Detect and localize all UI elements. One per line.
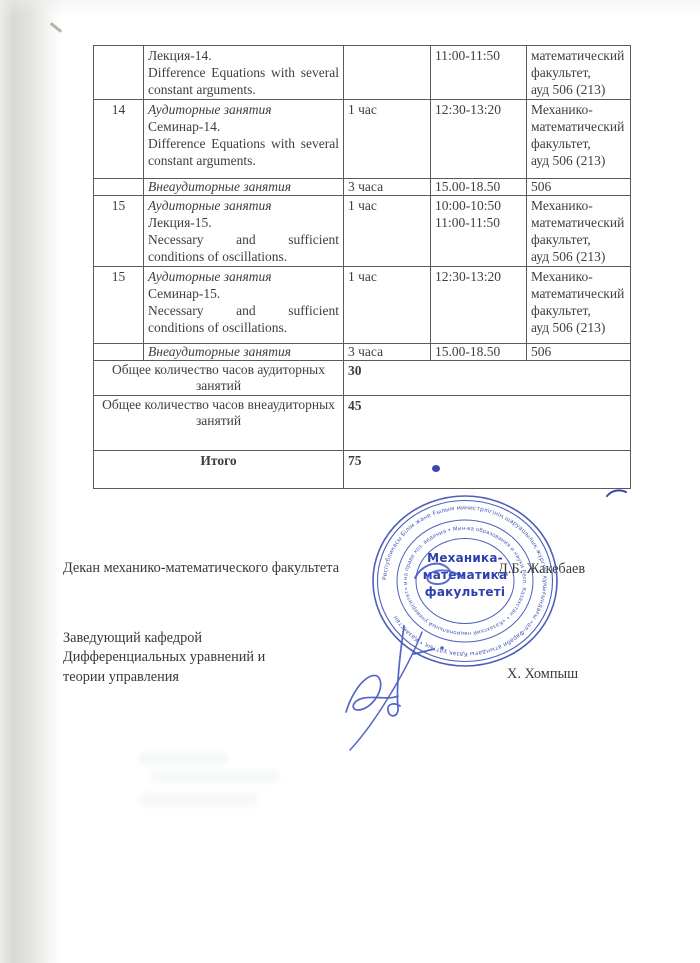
- table-cell-label: Общее количество часов внеаудиторныхзаня…: [94, 396, 344, 451]
- cell-line: Механико-: [531, 268, 626, 285]
- table-cell-topic: Внеаудиторные занятия: [144, 179, 344, 196]
- cell-line: 30: [348, 362, 626, 379]
- cell-line: Внеаудиторные занятия: [148, 345, 339, 360]
- cell-line: Общее количество часов аудиторных: [98, 362, 339, 378]
- table-row: Итого75: [94, 451, 631, 489]
- table-cell-time: 15.00-18.50: [431, 179, 527, 196]
- table-cell-num: 14: [94, 100, 144, 179]
- cell-line: ауд 506 (213): [531, 152, 626, 169]
- table-cell-loc: Механико-математическийфакультет,ауд 506…: [527, 196, 631, 267]
- scan-shadow-left: [0, 0, 62, 963]
- cell-line: 15.00-18.50: [435, 345, 522, 360]
- schedule-table: Лекция-14.Difference Equations with seve…: [93, 45, 631, 489]
- cell-line: Аудиторные занятия: [148, 101, 339, 118]
- table-row: Общее количество часов аудиторныхзанятий…: [94, 361, 631, 396]
- table-cell-topic: Аудиторные занятияСеминар-14.Difference …: [144, 100, 344, 179]
- cell-line: 1 час: [348, 268, 426, 285]
- table-cell-num: 15: [94, 267, 144, 344]
- table-cell-num: 15: [94, 196, 144, 267]
- cell-line: факультет,: [531, 135, 626, 152]
- cell-line: 506: [531, 345, 626, 360]
- cell-line: Аудиторные занятия: [148, 197, 339, 214]
- table-cell-val: 45: [344, 396, 631, 451]
- cell-line: занятий: [98, 378, 339, 394]
- cell-line: Итого: [98, 452, 339, 469]
- table-cell-hours: 1 час: [344, 267, 431, 344]
- cell-line: математический: [531, 47, 626, 64]
- cell-line: Внеаудиторные занятия: [148, 180, 339, 195]
- cell-line: Лекция-15.: [148, 214, 339, 231]
- cell-line: 10:00-10:50: [435, 197, 522, 214]
- cell-line: ауд 506 (213): [531, 319, 626, 336]
- smudge-2: [150, 770, 280, 783]
- cell-line: 75: [348, 452, 626, 469]
- table-cell-topic: Лекция-14.Difference Equations with seve…: [144, 46, 344, 100]
- cell-line: Аудиторные занятия: [148, 268, 339, 285]
- cell-line: ауд 506 (213): [531, 81, 626, 98]
- dean-role-label: Декан механико-математического факультет…: [63, 560, 339, 577]
- stamp-center-line-2: математика: [423, 568, 508, 582]
- table-cell-time: 10:00-10:5011:00-11:50: [431, 196, 527, 267]
- cell-line: Difference Equations with several consta…: [148, 135, 339, 169]
- cell-line: 15.00-18.50: [435, 180, 522, 195]
- table-cell-time: 12:30-13:20: [431, 267, 527, 344]
- department-head-role-line-2: Дифференциальных уравнений и: [63, 648, 265, 667]
- signature-stroke-hook: [388, 626, 404, 716]
- table-cell-topic: Аудиторные занятияСеминар-15.Necessary a…: [144, 267, 344, 344]
- table-cell-hours: [344, 46, 431, 100]
- ink-mark-stroke: [607, 490, 626, 496]
- table-cell-num: [94, 344, 144, 361]
- cell-line: 15: [98, 197, 139, 214]
- cell-line: Necessary and sufficient conditions of o…: [148, 231, 339, 265]
- table-cell-topic: Аудиторные занятияЛекция-15.Necessary an…: [144, 196, 344, 267]
- cell-line: Общее количество часов внеаудиторных: [98, 397, 339, 413]
- table-cell-hours: 3 часа: [344, 179, 431, 196]
- cell-line: ауд 506 (213): [531, 248, 626, 265]
- cell-line: 1 час: [348, 101, 426, 118]
- cell-line: Necessary and sufficient conditions of o…: [148, 302, 339, 336]
- cell-line: занятий: [98, 413, 339, 429]
- cell-line: 3 часа: [348, 345, 426, 360]
- table-cell-hours: 1 час: [344, 196, 431, 267]
- signature-main: [332, 616, 482, 766]
- cell-line: Difference Equations with several consta…: [148, 64, 339, 98]
- scan-shadow-top: [0, 0, 700, 16]
- table-cell-loc: 506: [527, 179, 631, 196]
- cell-line: 3 часа: [348, 180, 426, 195]
- cell-line: Лекция-14.: [148, 47, 339, 64]
- cell-line: математический: [531, 118, 626, 135]
- cell-line: 45: [348, 397, 626, 414]
- cell-line: 506: [531, 180, 626, 195]
- ink-mark: [606, 488, 628, 498]
- signature-stroke-dash: [414, 649, 434, 654]
- table-cell-time: 15.00-18.50: [431, 344, 527, 361]
- table-row: Общее количество часов внеаудиторныхзаня…: [94, 396, 631, 451]
- cell-line: Семинар-15.: [148, 285, 339, 302]
- cell-line: 15: [98, 268, 139, 285]
- table-row: 15Аудиторные занятияСеминар-15.Necessary…: [94, 267, 631, 344]
- table-cell-time: 11:00-11:50: [431, 46, 527, 100]
- cell-line: 11:00-11:50: [435, 47, 522, 64]
- smudge-1: [138, 752, 228, 765]
- table-row: Внеаудиторные занятия3 часа15.00-18.5050…: [94, 344, 631, 361]
- cell-line: 11:00-11:50: [435, 214, 522, 231]
- table-cell-topic: Внеаудиторные занятия: [144, 344, 344, 361]
- department-head-role-line-1: Заведующий кафедрой: [63, 629, 265, 648]
- cell-line: Механико-: [531, 101, 626, 118]
- cell-line: 12:30-13:20: [435, 268, 522, 285]
- table-row: Лекция-14.Difference Equations with seve…: [94, 46, 631, 100]
- smudge-3: [140, 792, 258, 807]
- table-cell-total: Итого: [94, 451, 344, 489]
- cell-line: факультет,: [531, 302, 626, 319]
- table-cell-loc: Механико-математическийфакультет,ауд 506…: [527, 267, 631, 344]
- cell-line: 14: [98, 101, 139, 118]
- table-row: 15Аудиторные занятияЛекция-15.Necessary …: [94, 196, 631, 267]
- table-cell-loc: Механико-математическийфакультет,ауд 506…: [527, 100, 631, 179]
- table-cell-hours: 1 час: [344, 100, 431, 179]
- table-cell-loc: математическийфакультет,ауд 506 (213): [527, 46, 631, 100]
- cell-line: факультет,: [531, 231, 626, 248]
- cell-line: факультет,: [531, 64, 626, 81]
- cell-line: 1 час: [348, 197, 426, 214]
- table-row: Внеаудиторные занятия3 часа15.00-18.5050…: [94, 179, 631, 196]
- cell-line: математический: [531, 214, 626, 231]
- table-cell-val: 30: [344, 361, 631, 396]
- table-cell-time: 12:30-13:20: [431, 100, 527, 179]
- table-row: 14Аудиторные занятияСеминар-14.Differenc…: [94, 100, 631, 179]
- table-cell-num: [94, 179, 144, 196]
- table-cell-num: [94, 46, 144, 100]
- department-head-role: Заведующий кафедрой Дифференциальных ура…: [63, 629, 265, 687]
- cell-line: математический: [531, 285, 626, 302]
- ink-dot: [432, 465, 440, 472]
- stamp-center-line-3: факультеті: [425, 585, 506, 599]
- signature-stroke-diagonal: [350, 632, 422, 750]
- cell-line: 12:30-13:20: [435, 101, 522, 118]
- signature-dot: [440, 646, 444, 650]
- table-cell-val: 75: [344, 451, 631, 489]
- table-cell-loc: 506: [527, 344, 631, 361]
- department-head-role-line-3: теории управления: [63, 668, 265, 687]
- cell-line: Механико-: [531, 197, 626, 214]
- table-cell-hours: 3 часа: [344, 344, 431, 361]
- cell-line: Семинар-14.: [148, 118, 339, 135]
- table-cell-label: Общее количество часов аудиторныхзанятий: [94, 361, 344, 396]
